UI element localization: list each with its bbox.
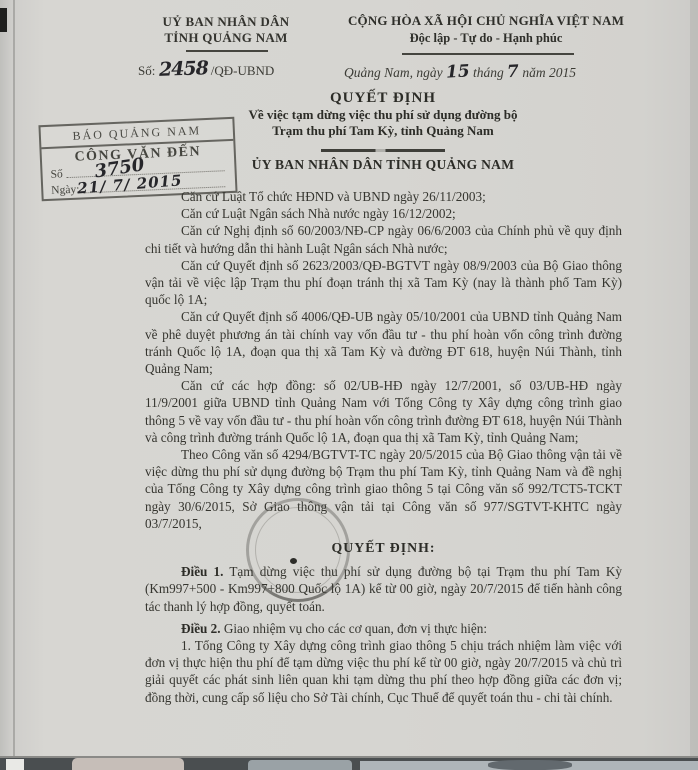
bottom-edge-patch [488, 760, 572, 770]
document-number-label: Số: [138, 63, 155, 78]
preamble-paragraph-7: Theo Công văn số 4294/BGTVT-TC ngày 20/5… [145, 446, 622, 532]
preamble-paragraph-6: Căn cứ các hợp đồng: số 02/UB-HĐ ngày 12… [145, 377, 622, 446]
document-number-handwritten: 2458 [158, 57, 208, 81]
bottom-edge-patch [6, 759, 24, 770]
article-1: Điều 1. Tạm dừng việc thu phí sử dụng đư… [145, 563, 622, 615]
article-2-text: Giao nhiệm vụ cho các cơ quan, đơn vị th… [224, 621, 487, 636]
received-stamp-date-label: Ngày: [51, 184, 80, 197]
issuing-org-line2: TỈNH QUẢNG NAM [128, 30, 324, 46]
place-date-line: Quảng Nam, ngày 15 tháng 7 năm 2015 [344, 62, 576, 82]
scan-bottom-edge [0, 756, 698, 770]
document-number-suffix: /QĐ-UBND [211, 63, 275, 78]
national-motto-line2: Độc lập - Tự do - Hạnh phúc [318, 31, 654, 46]
issuing-org-block: UỶ BAN NHÂN DÂN TỈNH QUẢNG NAM [128, 14, 324, 46]
issuing-org-line1: UỶ BAN NHÂN DÂN [128, 14, 324, 30]
document-body: Căn cứ Luật Tổ chức HĐND và UBND ngày 26… [145, 188, 622, 706]
article-1-label: Điều 1. [181, 564, 223, 579]
place-date-prefix: Quảng Nam, ngày [344, 65, 443, 80]
document-number: Số: 2458 /QĐ-UBND [138, 58, 274, 80]
date-day-handwritten: 15 [445, 61, 470, 82]
bottom-edge-patch [72, 758, 184, 770]
preamble-paragraph-4: Căn cứ Quyết định số 2623/2003/QĐ-BGTVT … [145, 257, 622, 309]
place-date-suffix: năm 2015 [522, 65, 576, 80]
scan-corner-artifact [0, 8, 7, 32]
article-2: Điều 2. Giao nhiệm vụ cho các cơ quan, đ… [145, 620, 622, 637]
article-2-item-1: 1. Tổng Công ty Xây dựng công trình giao… [145, 637, 622, 706]
decision-heading: QUYẾT ĐỊNH: [145, 539, 622, 556]
issuing-org-underline [186, 50, 268, 52]
preamble-paragraph-3: Căn cứ Nghị định số 60/2003/NĐ-CP ngày 0… [145, 222, 622, 256]
place-date-mid: tháng [473, 65, 504, 80]
article-2-label: Điều 2. [181, 621, 221, 636]
date-month-handwritten: 7 [507, 62, 520, 83]
preamble-paragraph-1: Căn cứ Luật Tổ chức HĐND và UBND ngày 26… [145, 188, 622, 205]
scan-right-edge-shadow [690, 0, 698, 770]
title-divider [321, 149, 445, 152]
national-motto-underline [402, 53, 574, 55]
preamble-paragraph-5: Căn cứ Quyết định số 4006/QĐ-UB ngày 05/… [145, 308, 622, 377]
national-motto-line1: CỘNG HÒA XÃ HỘI CHỦ NGHĨA VIỆT NAM [318, 13, 654, 29]
national-header-block: CỘNG HÒA XÃ HỘI CHỦ NGHĨA VIỆT NAM Độc l… [318, 13, 654, 46]
bottom-edge-patch [248, 760, 352, 770]
scan-left-edge-line [13, 0, 15, 770]
preamble-paragraph-2: Căn cứ Luật Ngân sách Nhà nước ngày 16/1… [145, 205, 622, 222]
received-stamp-number-label: Số [50, 168, 63, 181]
document-title: QUYẾT ĐỊNH [145, 90, 621, 107]
